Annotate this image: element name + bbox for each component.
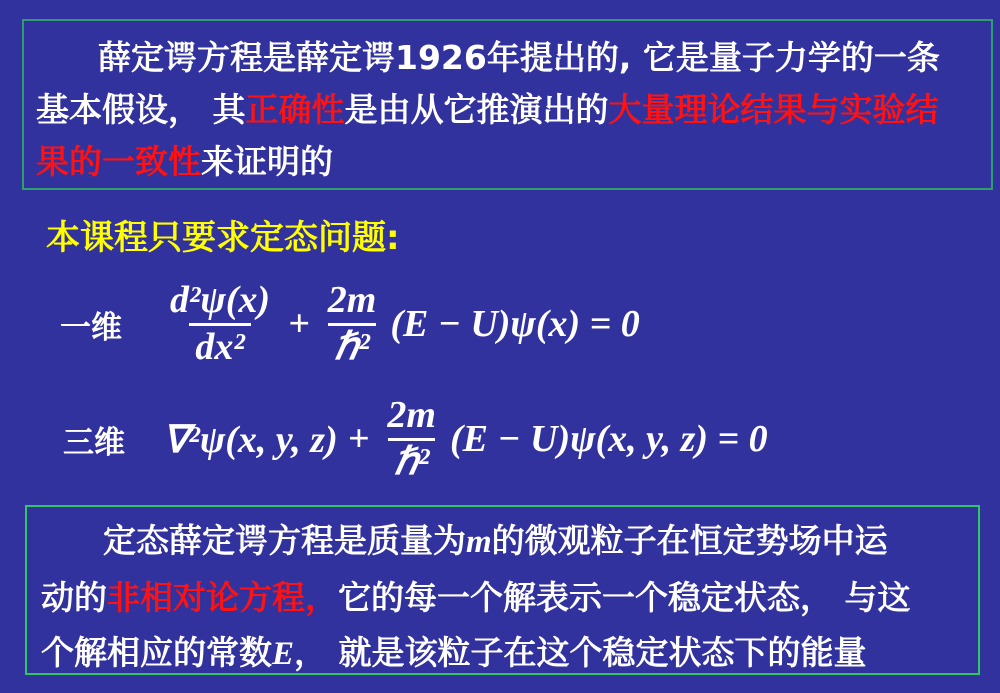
conclusion-line3-white1: 个解相应的常数 bbox=[41, 633, 272, 672]
equation-3d-frac-denominator: ℏ² bbox=[388, 438, 435, 485]
intro-line-3: 果的一致性来证明的 bbox=[36, 136, 979, 188]
conclusion-line-3: 个解相应的常数E， 就是该粒子在这个稳定状态下的能量 bbox=[41, 625, 964, 682]
slide-background: { "colors": { "background": "#32329E", "… bbox=[0, 0, 1000, 693]
intro-line2-white1: 基本假设， 其 bbox=[36, 90, 246, 129]
equation-3d-frac-numerator: 2m bbox=[381, 394, 442, 438]
intro-line2-red1: 正确性 bbox=[246, 90, 345, 129]
conclusion-line-2: 动的非相对论方程，它的每一个解表示一个稳定状态， 与这 bbox=[41, 570, 964, 625]
equation-1d-frac1-denominator: dx² bbox=[189, 323, 250, 370]
equation-3d-label: 三维 bbox=[63, 417, 125, 462]
intro-line2-red2: 大量理论结果与实验结 bbox=[609, 90, 939, 129]
equation-3d-laplacian: ∇²ψ(x, y, z) bbox=[163, 417, 338, 462]
equation-1d-frac2-denominator: ℏ² bbox=[328, 323, 375, 370]
equation-3d-row: 三维 ∇²ψ(x, y, z) + 2m ℏ² (E − U)ψ(x, y, z… bbox=[63, 383, 768, 495]
conclusion-line3-white2: ， 就是该粒子在这个稳定状态下的能量 bbox=[294, 633, 867, 672]
equation-3d-rest: (E − U)ψ(x, y, z) = 0 bbox=[450, 417, 768, 461]
equation-1d-rest: (E − U)ψ(x) = 0 bbox=[390, 302, 639, 346]
equation-1d: d²ψ(x) dx² + 2m ℏ² (E − U)ψ(x) = 0 bbox=[160, 279, 640, 369]
section-heading: 本课程只要求定态问题: bbox=[46, 210, 400, 259]
equation-1d-row: 一维 d²ψ(x) dx² + 2m ℏ² (E − U)ψ(x) = 0 bbox=[60, 270, 640, 378]
intro-line1-text: 薛定谔方程是薛定谔1926年提出的, 它是量子力学的一条 bbox=[98, 38, 940, 77]
conclusion-line1-white1: 定态薛定谔方程是质量为 bbox=[103, 521, 466, 560]
conclusion-line1-white2: 的微观粒子在恒定势场中运 bbox=[492, 521, 888, 560]
intro-line-1: 薛定谔方程是薛定谔1926年提出的, 它是量子力学的一条 bbox=[36, 32, 979, 84]
conclusion-line2-white1: 动的 bbox=[41, 578, 107, 617]
equation-1d-fraction-1: d²ψ(x) dx² bbox=[164, 279, 276, 369]
plus-operator: + bbox=[288, 302, 310, 346]
conclusion-box: 定态薛定谔方程是质量为m的微观粒子在恒定势场中运 动的非相对论方程，它的每一个解… bbox=[25, 505, 980, 675]
conclusion-line2-red: 非相对论方程， bbox=[107, 578, 338, 617]
mass-variable: m bbox=[466, 524, 492, 560]
equation-1d-label: 一维 bbox=[60, 302, 122, 347]
equation-1d-fraction-2: 2m ℏ² bbox=[322, 279, 383, 369]
intro-line2-white2: 是由从它推演出的 bbox=[345, 90, 609, 129]
equation-1d-frac1-numerator: d²ψ(x) bbox=[164, 279, 276, 323]
conclusion-line-1: 定态薛定谔方程是质量为m的微观粒子在恒定势场中运 bbox=[41, 513, 964, 570]
equation-3d-fraction: 2m ℏ² bbox=[381, 394, 442, 484]
intro-line3-red: 果的一致性 bbox=[36, 142, 201, 181]
conclusion-line2-white2: 它的每一个解表示一个稳定状态， 与这 bbox=[338, 578, 911, 617]
equation-1d-frac2-numerator: 2m bbox=[322, 279, 383, 323]
plus-operator: + bbox=[348, 417, 370, 461]
energy-variable: E bbox=[272, 636, 294, 672]
intro-box: 薛定谔方程是薛定谔1926年提出的, 它是量子力学的一条 基本假设， 其正确性是… bbox=[22, 19, 993, 190]
equation-3d: ∇²ψ(x, y, z) + 2m ℏ² (E − U)ψ(x, y, z) =… bbox=[163, 394, 768, 484]
intro-line3-white: 来证明的 bbox=[201, 142, 333, 181]
intro-line-2: 基本假设， 其正确性是由从它推演出的大量理论结果与实验结 bbox=[36, 84, 979, 136]
